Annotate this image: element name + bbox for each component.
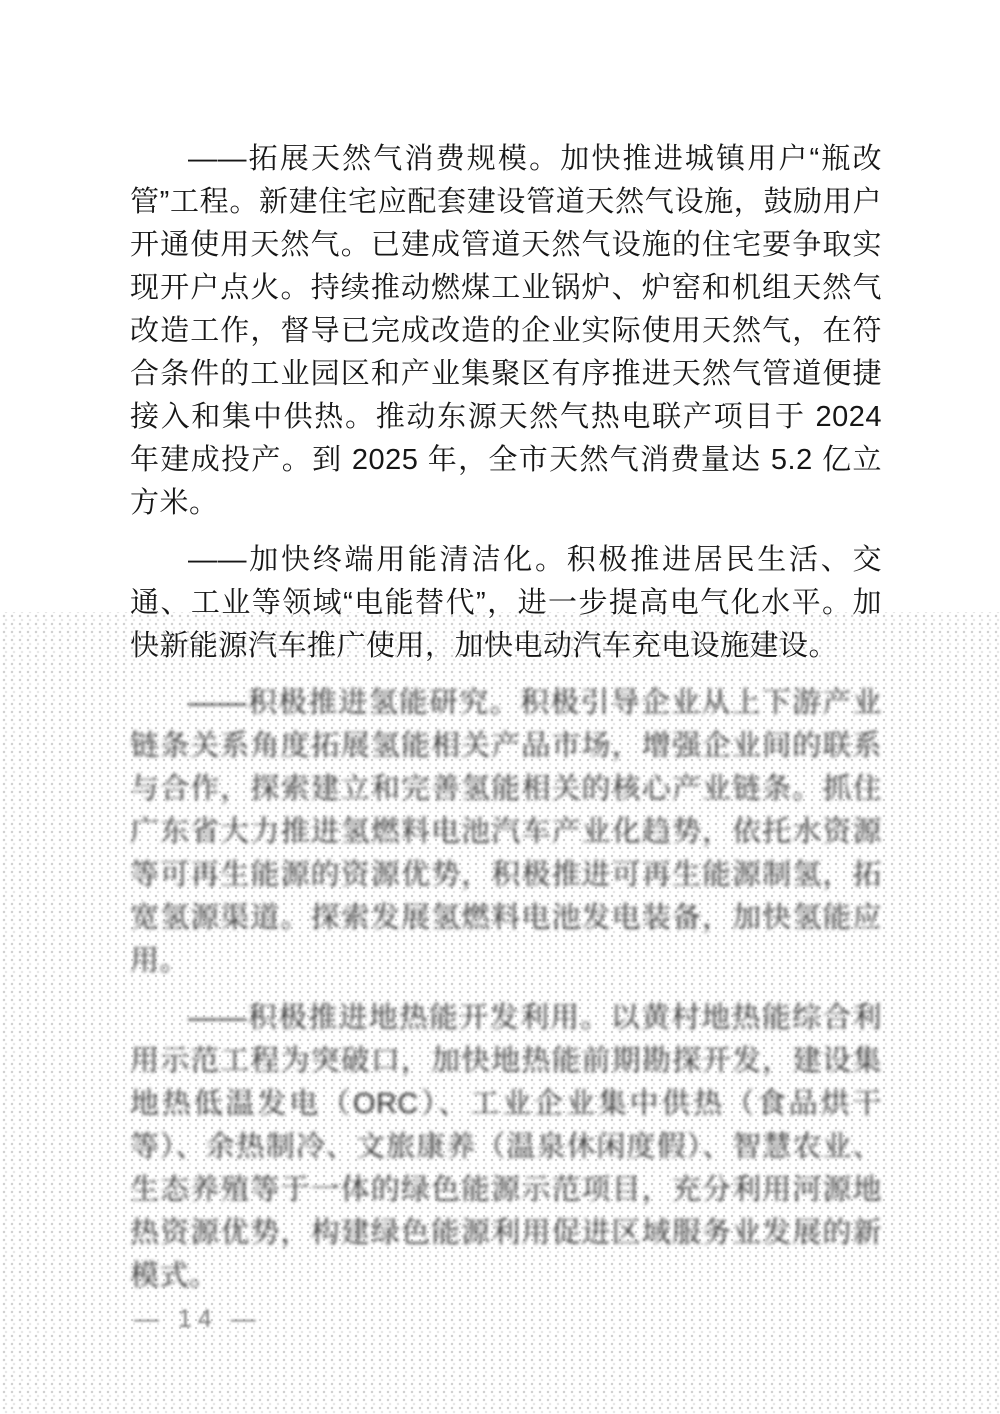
paragraph-hydrogen-energy: ——积极推进氢能研究。积极引导企业从上下游产业链条关系角度拓展氢能相关产品市场，… <box>130 682 882 983</box>
document-page: ——拓展天然气消费规模。加快推进城镇用户“瓶改管”工程。新建住宅应配套建设管道天… <box>0 0 1000 1414</box>
page-number: — 14 — <box>134 1305 262 1334</box>
paragraph-geothermal-energy: ——积极推进地热能开发利用。以黄村地热能综合利用示范工程为突破口，加快地热能前期… <box>130 997 882 1298</box>
paragraph-clean-terminal-energy: ——加快终端用能清洁化。积极推进居民生活、交通、工业等领域“电能替代”，进一步提… <box>130 539 882 668</box>
document-body: ——拓展天然气消费规模。加快推进城镇用户“瓶改管”工程。新建住宅应配套建设管道天… <box>130 138 882 1312</box>
paragraph-natural-gas-consumption: ——拓展天然气消费规模。加快推进城镇用户“瓶改管”工程。新建住宅应配套建设管道天… <box>130 138 882 525</box>
